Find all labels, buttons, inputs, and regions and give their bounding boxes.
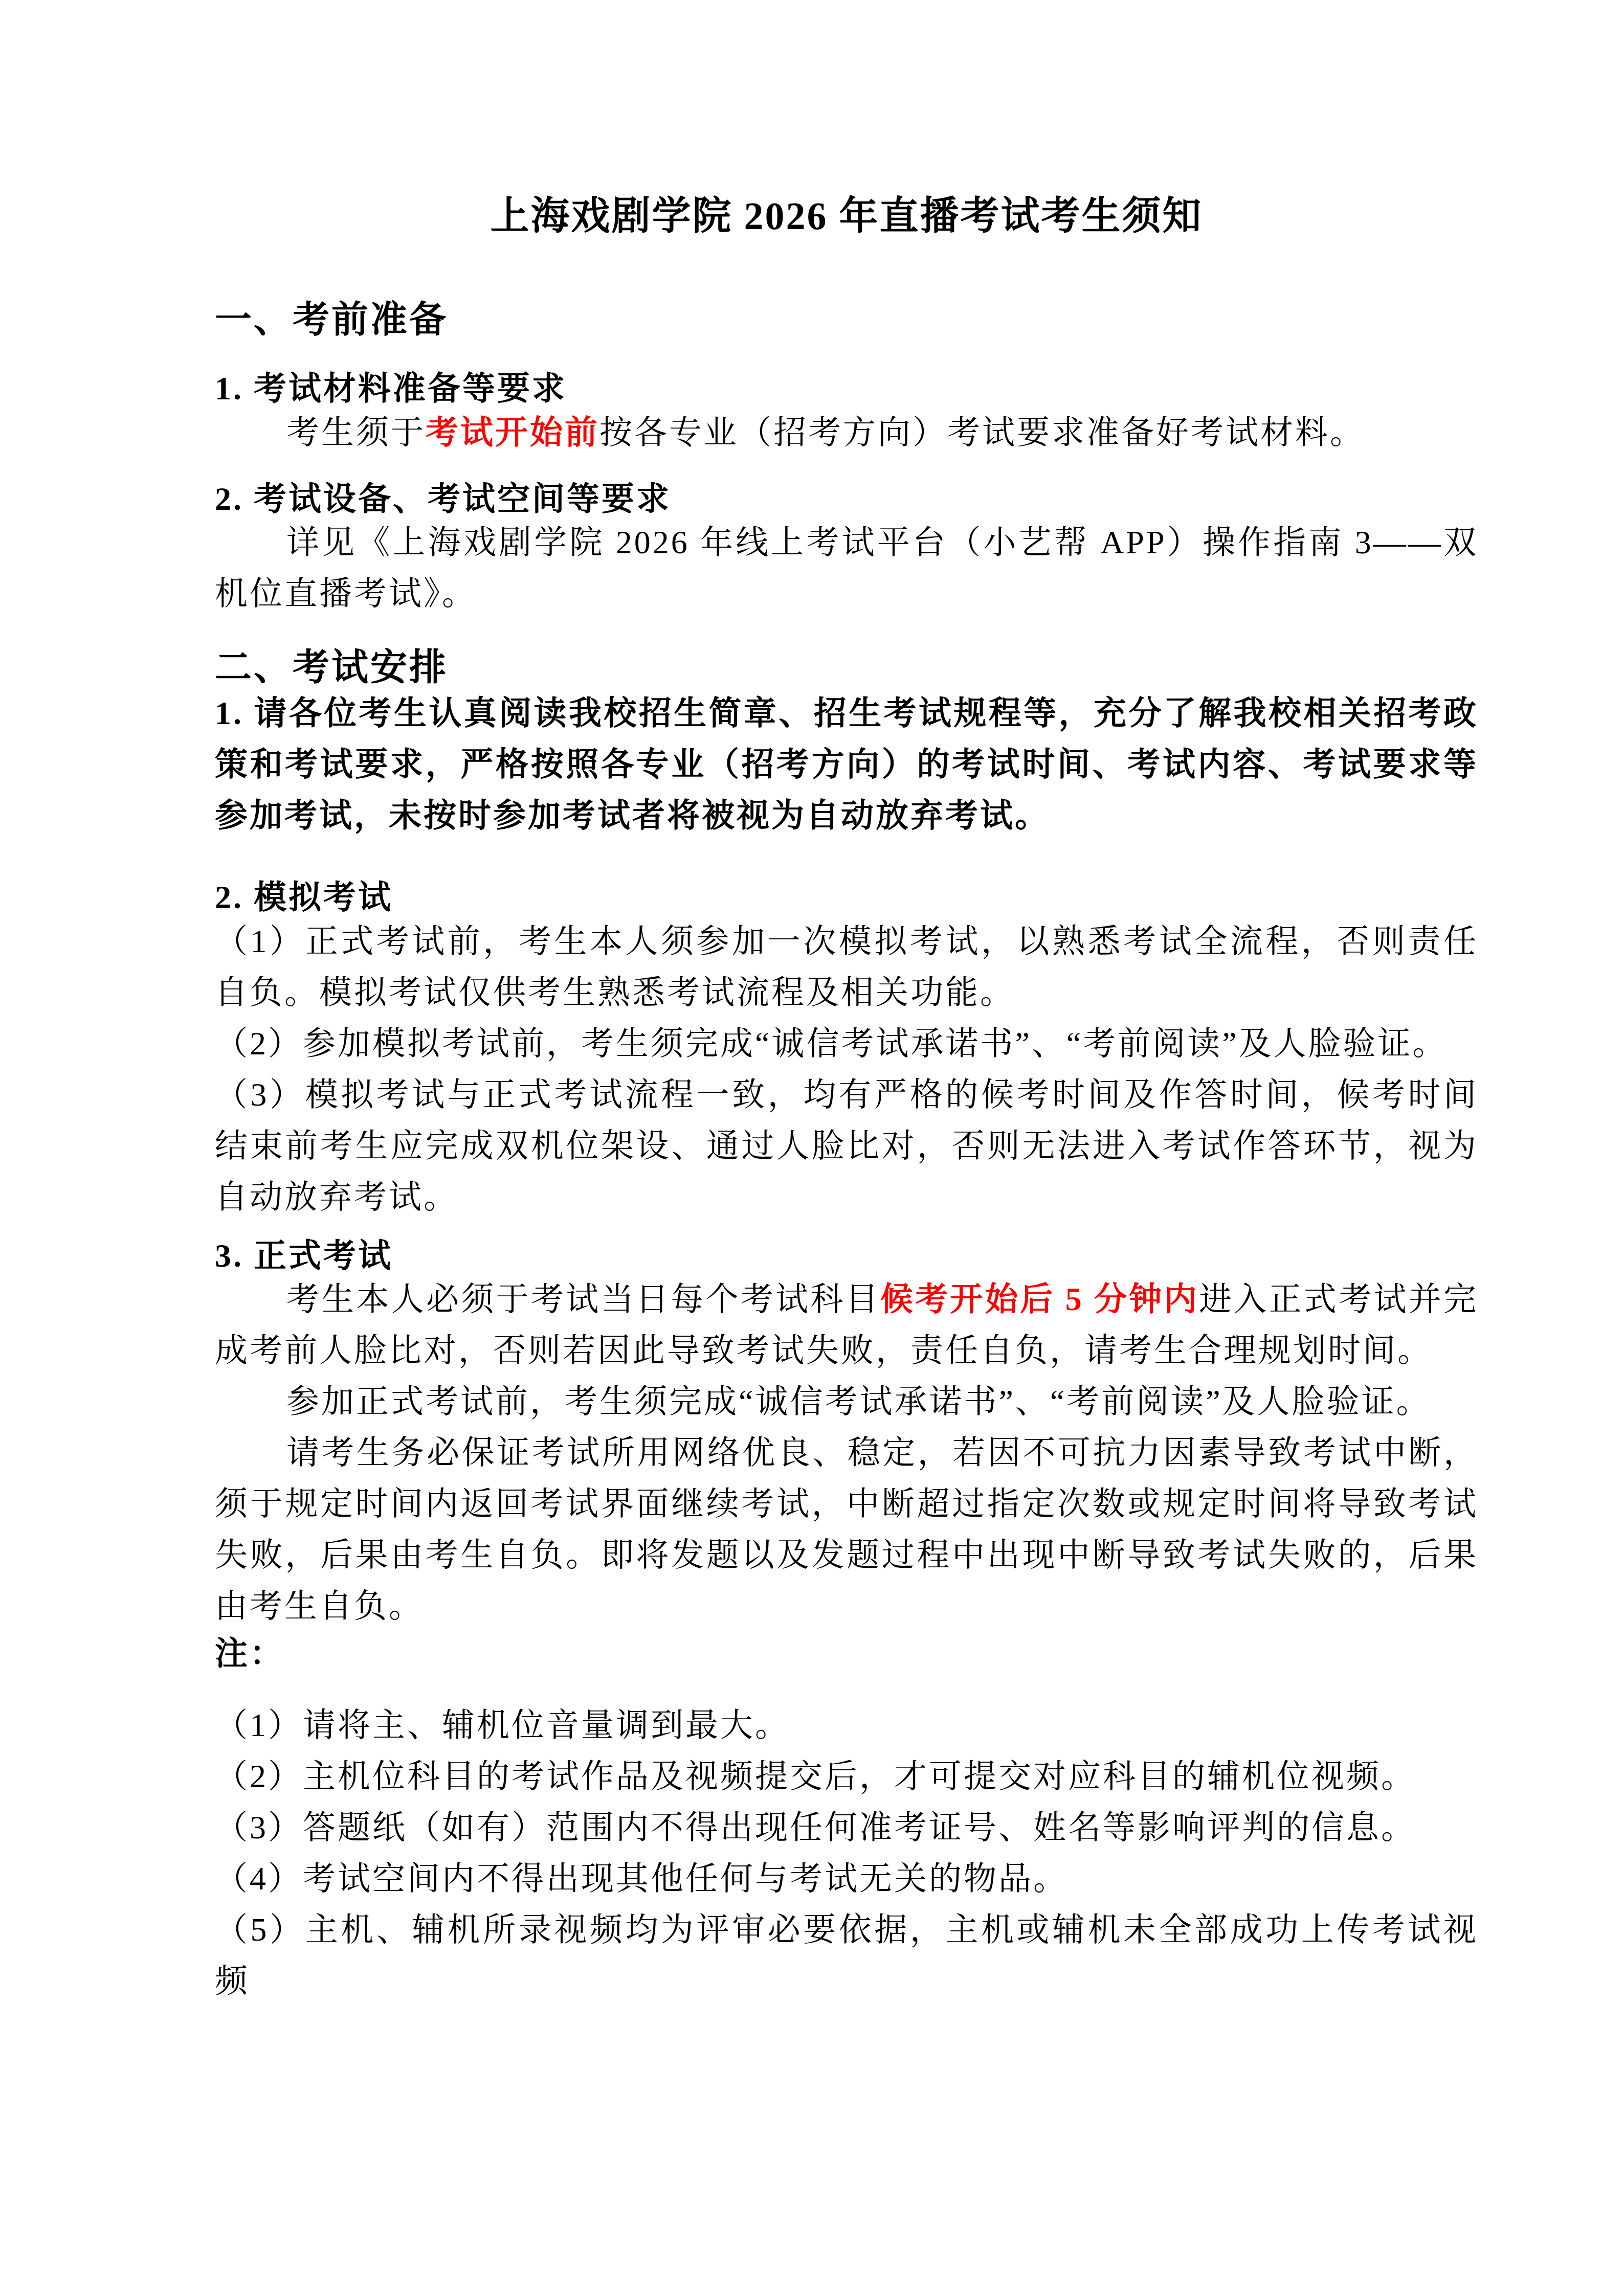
materials-text-post: 按各专业（招考方向）考试要求准备好考试材料。 — [599, 414, 1365, 451]
note-item-3: （3）答题纸（如有）范围内不得出现任何准考证号、姓名等影响评判的信息。 — [215, 1802, 1478, 1853]
mock-exam-item-2: （2）参加模拟考试前，考生须完成“诚信考试承诺书”、“考前阅读”及人脸验证。 — [215, 1018, 1478, 1069]
materials-requirements-heading: 1. 考试材料准备等要求 — [215, 371, 1478, 407]
materials-highlight-text: 考试开始前 — [426, 414, 599, 451]
formal-exam-paragraph-2: 参加正式考试前，考生须完成“诚信考试承诺书”、“考前阅读”及人脸验证。 — [215, 1376, 1478, 1427]
section-heading-schedule: 二、考试安排 — [215, 647, 1478, 688]
note-item-4: （4）考试空间内不得出现其他任何与考试无关的物品。 — [215, 1853, 1478, 1904]
notes-heading: 注： — [215, 1636, 1478, 1672]
schedule-notice-paragraph: 1. 请各位考生认真阅读我校招生简章、招生考试规程等，充分了解我校相关招考政策和… — [215, 688, 1478, 841]
formal-text-pre: 考生本人必须于考试当日每个考试科目 — [286, 1281, 880, 1317]
mock-exam-heading: 2. 模拟考试 — [215, 880, 1478, 915]
formal-exam-heading: 3. 正式考试 — [215, 1238, 1478, 1274]
notes-list: （1）请将主、辅机位音量调到最大。 （2）主机位科目的考试作品及视频提交后，才可… — [215, 1700, 1478, 2007]
document-page: 上海戏剧学院 2026 年直播考试考生须知 一、考前准备 1. 考试材料准备等要… — [0, 0, 1624, 2296]
formal-exam-paragraph-3: 请考生务必保证考试所用网络优良、稳定，若因不可抗力因素导致考试中断，须于规定时间… — [215, 1427, 1478, 1632]
mock-exam-item-1: （1）正式考试前，考生本人须参加一次模拟考试，以熟悉考试全流程，否则责任自负。模… — [215, 916, 1478, 1018]
note-item-5: （5）主机、辅机所录视频均为评审必要依据，主机或辅机未全部成功上传考试视频 — [215, 1904, 1478, 2007]
document-title: 上海戏剧学院 2026 年直播考试考生须知 — [215, 197, 1478, 236]
note-item-1: （1）请将主、辅机位音量调到最大。 — [215, 1700, 1478, 1751]
formal-highlight-text: 候考开始后 5 分钟内 — [880, 1281, 1199, 1317]
mock-exam-item-3: （3）模拟考试与正式考试流程一致，均有严格的候考时间及作答时间，候考时间结束前考… — [215, 1069, 1478, 1223]
section-heading-preparation: 一、考前准备 — [215, 300, 1478, 340]
formal-exam-paragraph-1: 考生本人必须于考试当日每个考试科目候考开始后 5 分钟内进入正式考试并完成考前人… — [215, 1274, 1478, 1376]
equipment-requirements-heading: 2. 考试设备、考试空间等要求 — [215, 481, 1478, 517]
materials-requirements-paragraph: 考生须于考试开始前按各专业（招考方向）考试要求准备好考试材料。 — [215, 407, 1478, 458]
materials-text-pre: 考生须于 — [286, 414, 426, 451]
note-item-2: （2）主机位科目的考试作品及视频提交后，才可提交对应科目的辅机位视频。 — [215, 1751, 1478, 1802]
equipment-requirements-paragraph: 详见《上海戏剧学院 2026 年线上考试平台（小艺帮 APP）操作指南 3——双… — [215, 517, 1478, 619]
